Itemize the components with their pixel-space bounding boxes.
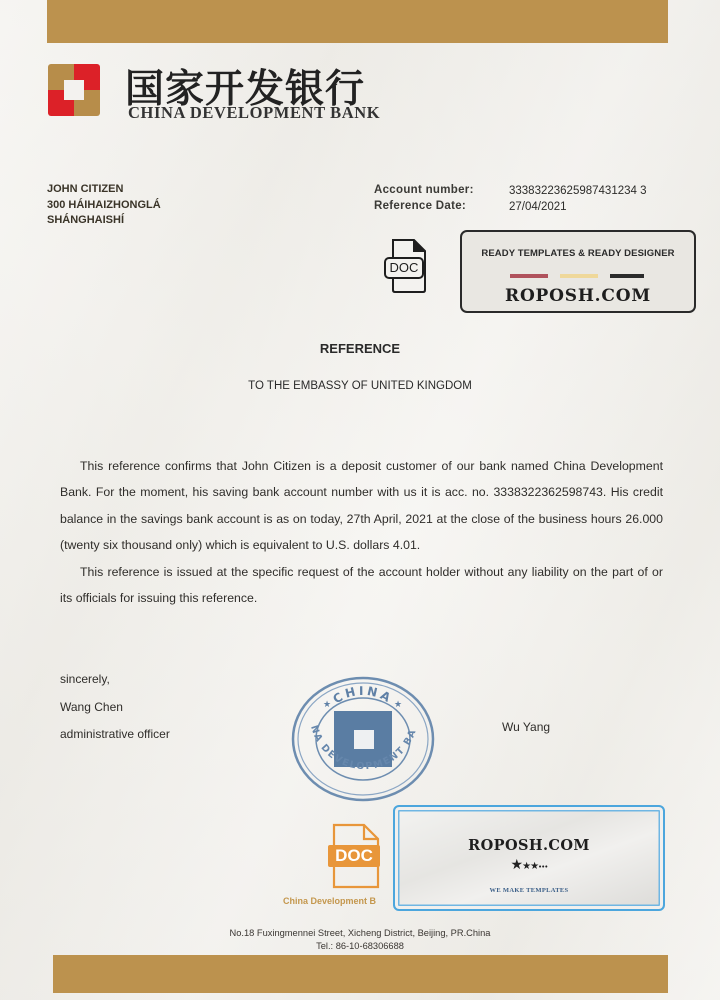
- letter-addressee: TO THE EMBASSY OF UNITED KINGDOM: [0, 380, 720, 392]
- reference-date-label: Reference Date:: [374, 198, 474, 214]
- account-number-value: 33383223625987431234 3: [509, 183, 647, 199]
- recipient-address: JOHN CITIZEN 300 HÁIHAIZHONGLÁ SHÁNGHAIS…: [47, 182, 161, 229]
- watermark-banner-top: READY TEMPLATES & READY DESIGNER ROPOSH.…: [460, 230, 696, 313]
- bank-seal-stamp: CHINA CHINA DEVELOPMENT BANK ★ ★: [289, 675, 437, 803]
- letter-body: This reference confirms that John Citize…: [60, 453, 663, 611]
- svg-text:★: ★: [323, 700, 331, 710]
- bank-logo-icon: [48, 64, 100, 116]
- footer: No.18 Fuxingmennei Street, Xicheng Distr…: [0, 927, 720, 953]
- recipient-address-line2: SHÁNGHAISHÍ: [47, 213, 161, 229]
- account-number-label: Account number:: [374, 182, 474, 198]
- footer-phone: Tel.: 86-10-68306688: [0, 940, 720, 953]
- top-gold-bar: [47, 0, 668, 43]
- recipient-address-line1: 300 HÁIHAIZHONGLÁ: [47, 198, 161, 214]
- doc-icon-caption: China Development B: [283, 896, 376, 906]
- stamp-tagline: WE MAKE TEMPLATES: [395, 887, 663, 894]
- watermark-tagline: READY TEMPLATES & READY DESIGNER: [462, 248, 694, 259]
- reference-date-value: 27/04/2021: [509, 199, 647, 215]
- watermark-stamp-bottom: ROPOSH.COM ★★★••• WE MAKE TEMPLATES: [393, 805, 665, 911]
- signer-name: Wang Chen: [60, 694, 170, 722]
- second-signer-name: Wu Yang: [502, 720, 550, 734]
- seal-top-text: CHINA: [330, 684, 395, 706]
- letter-closing: sincerely, Wang Chen administrative offi…: [60, 666, 170, 749]
- bank-name-english: CHINA DEVELOPMENT BANK: [128, 103, 380, 123]
- body-paragraph-2: This reference is issued at the specific…: [60, 559, 663, 612]
- svg-text:★: ★: [394, 700, 402, 710]
- doc-file-icon: DOC: [384, 238, 428, 290]
- account-info-labels: Account number: Reference Date:: [374, 182, 474, 214]
- watermark-site: ROPOSH.COM: [462, 286, 694, 306]
- body-paragraph-1: This reference confirms that John Citize…: [60, 453, 663, 559]
- stamp-site: ROPOSH.COM: [395, 837, 663, 854]
- svg-text:CHINA: CHINA: [330, 684, 395, 706]
- doc-file-icon-orange: DOC: [328, 823, 380, 889]
- account-info-values: 33383223625987431234 3 27/04/2021: [509, 183, 647, 215]
- salutation: sincerely,: [60, 666, 170, 694]
- stamp-stars-icon: ★★★•••: [395, 857, 663, 873]
- bottom-gold-bar: [53, 955, 668, 993]
- recipient-name: JOHN CITIZEN: [47, 182, 161, 198]
- doc-icon-orange-label: DOC: [328, 846, 380, 866]
- doc-icon-label: DOC: [385, 260, 423, 275]
- letter-title: REFERENCE: [0, 341, 720, 356]
- signer-title: administrative officer: [60, 721, 170, 749]
- footer-address: No.18 Fuxingmennei Street, Xicheng Distr…: [0, 927, 720, 940]
- watermark-divider-lines: [510, 274, 650, 278]
